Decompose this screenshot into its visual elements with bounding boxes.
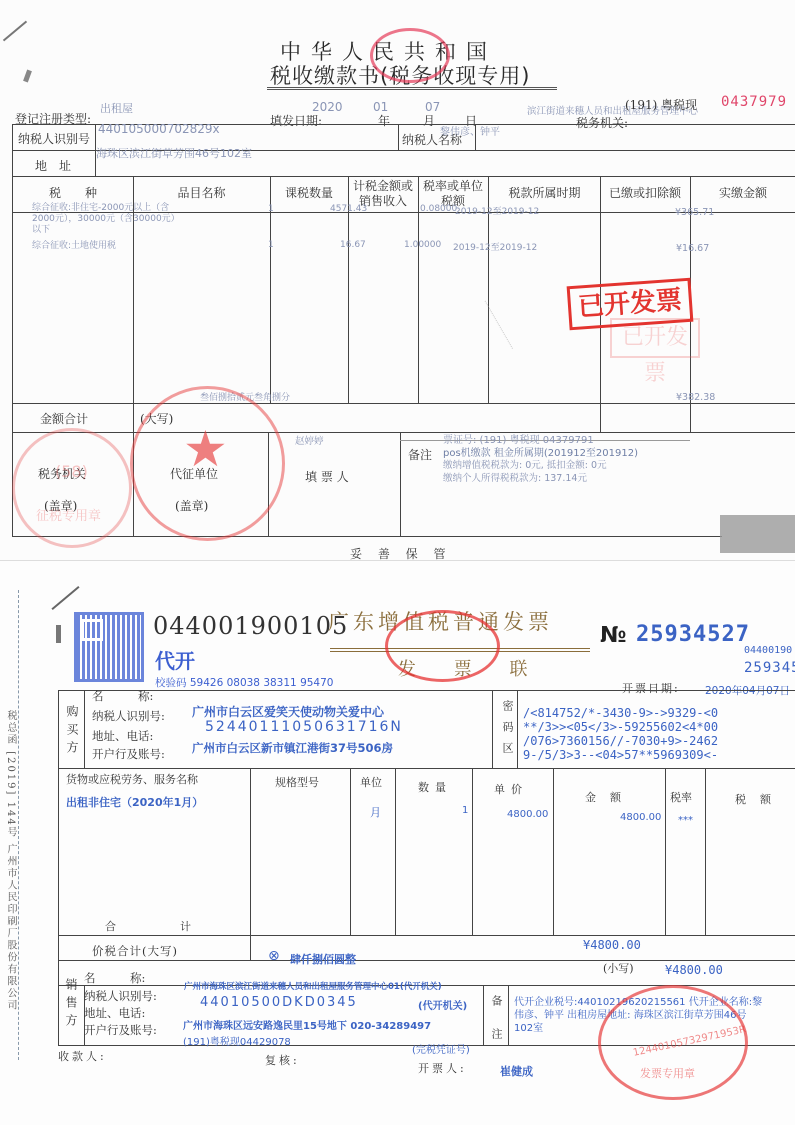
- buyer-name: 广州市白云区爱笑天使动物关爱中心: [192, 703, 384, 720]
- col-actual-paid: 实缴金额: [692, 186, 794, 201]
- row1-actual-paid: ¥365.71: [675, 207, 714, 218]
- national-invoice-seal: [385, 610, 500, 682]
- col-goods-name: 货物或应税劳务、服务名称: [66, 771, 198, 787]
- invoice-code: 044001900105: [153, 612, 348, 640]
- row1-quantity: 1: [268, 204, 274, 214]
- item-name: 出租非住宅（2020年1月）: [66, 794, 203, 810]
- password-area-label: 密码区: [499, 700, 515, 763]
- col-item-name: 品目名称: [134, 186, 269, 201]
- handwritten-signature: [485, 276, 556, 349]
- col-spec: 规格型号: [275, 774, 319, 790]
- check-code-label: 校验码: [155, 677, 187, 689]
- taxpayer-address: 海珠区滨江街草芳围46号102室: [96, 145, 252, 161]
- buyer-label: 购买方: [64, 705, 81, 759]
- seller-bank-suffix: (完税凭证号): [412, 1041, 470, 1056]
- fill-day: 07: [425, 100, 440, 114]
- row1-tax-type: 综合征收:非住宅-2000元以上（含2000元），30000元（含30000元）…: [32, 203, 182, 236]
- remarks-label: 备注: [408, 446, 432, 463]
- agent-seal-star-icon: ★: [183, 420, 228, 478]
- row1-period: 2019-12至2019-12: [455, 204, 539, 217]
- title-rule: [267, 87, 557, 90]
- col-unit-price: 单价: [494, 781, 528, 797]
- total-small-amount: ¥4800.00: [665, 963, 723, 977]
- seller-tax-id-label: 纳税人识别号:: [84, 988, 157, 1004]
- staple-mark: [3, 21, 27, 42]
- row2-period: 2019-12至2019-12: [453, 240, 537, 253]
- buyer-address-label: 地址、电话:: [92, 728, 153, 744]
- scan-artifact: [720, 515, 795, 553]
- item-tax-rate: ***: [678, 815, 693, 826]
- item-unit-price: 4800.00: [507, 809, 548, 820]
- password-line-1: /<814752/*-3430-9>->9329-<0: [523, 706, 718, 720]
- invoice-remarks-label: 备注: [488, 995, 504, 1061]
- amount-total-label: 金额合计: [40, 410, 88, 427]
- col-paid-deducted: 已缴或扣除额: [601, 186, 689, 201]
- staple-pin: [23, 70, 32, 83]
- filler-label: 填 票 人: [305, 468, 349, 485]
- tax-collection-seal-text: 征税专用章: [36, 505, 101, 524]
- remarks-line-3: 缴纳增值税税款为: 0元, 抵扣金额: 0元: [443, 457, 607, 471]
- total-in-words: 肆仟捌佰圆整: [290, 951, 356, 967]
- buyer-address: 广州市白云区新市镇江港街37号506房: [192, 740, 393, 756]
- item-quantity: 1: [462, 805, 468, 816]
- drawer-label: 开票人:: [418, 1060, 467, 1076]
- payee-label: 收款人:: [58, 1048, 107, 1064]
- fill-year: 2020: [312, 100, 343, 114]
- seller-address: 广州市海珠区远安路逸民里15号地下 020-34289497: [183, 1017, 431, 1032]
- total-amount: ¥382.38: [676, 392, 715, 403]
- side-invoice-code: 04400190: [744, 645, 792, 656]
- row2-taxable-amount: 16.67: [340, 240, 366, 250]
- serial-number: 0437979: [721, 94, 787, 110]
- buyer-tax-id: 52440111050631716N: [205, 719, 403, 735]
- row2-tax-type: 综合征收:土地使用税: [32, 238, 116, 251]
- taxpayer-name: 黎伟彦、钟平: [440, 123, 500, 138]
- fill-year-label: 年: [378, 112, 390, 129]
- check-code: 校验码 59426 08038 38311 95470: [155, 675, 333, 690]
- invoiced-stamp: 已开发票: [567, 278, 694, 331]
- col-amount: 金额: [585, 789, 635, 805]
- buyer-bank-label: 开户行及账号:: [92, 746, 165, 762]
- cross-circle-icon: ⊗: [268, 948, 280, 964]
- row2-quantity: 1: [268, 240, 274, 250]
- reviewer-label: 复核:: [265, 1052, 300, 1068]
- invoice-number: 25934527: [636, 622, 750, 647]
- fill-month: 01: [373, 100, 388, 114]
- taxpayer-id-label: 纳税人识别号: [18, 130, 90, 147]
- col-tax-type: 税 种: [14, 186, 132, 201]
- number-symbol: №: [600, 623, 626, 648]
- taxpayer-id: 440105000702829x: [98, 122, 220, 136]
- tax-collection-seal-number: (58): [55, 462, 88, 481]
- item-amount: 4800.00: [620, 812, 661, 823]
- side-invoice-number: 259345: [744, 660, 795, 676]
- seller-bank-label: 开户行及账号:: [84, 1022, 157, 1038]
- col-unit: 单位: [360, 774, 382, 790]
- qr-code: [74, 612, 144, 682]
- printer-note: 税总函 [2019] 144号 广州市人民印刷厂股份有限公司: [3, 710, 18, 1012]
- address-label: 地 址: [35, 157, 71, 174]
- total-small-label: (小写): [603, 960, 634, 976]
- invoice-seal-text: 发票专用章: [640, 1065, 695, 1081]
- registration-type-value: 出租屋: [100, 100, 133, 116]
- seller-name-label: 名 称:: [84, 970, 145, 986]
- row2-rate: 1.00000: [404, 240, 441, 250]
- col-tax-rate: 税率: [670, 789, 692, 805]
- buyer-name-label: 名 称:: [92, 688, 153, 704]
- fill-month-label: 月: [423, 112, 435, 129]
- agent-issued-label: 代开: [155, 645, 195, 674]
- password-line-2: **/3>><05</3>-59255602<4*00: [523, 720, 718, 734]
- filler-name: 赵婷婷: [295, 433, 324, 447]
- subtotal-label: 合 计: [105, 918, 205, 934]
- tax-collection-seal: [12, 428, 132, 548]
- subtotal-amount: ¥4800.00: [583, 938, 641, 952]
- drawer-name: 崔健成: [500, 1063, 533, 1079]
- perforation-strip: [18, 590, 19, 1060]
- seller-bank: (191)粤税现04429078: [183, 1033, 291, 1048]
- fill-date-label: 填发日期:: [270, 112, 322, 129]
- invoice-remarks-line-3: 102室: [514, 1019, 543, 1034]
- tax-office-oval-stamp: [370, 28, 450, 83]
- col-quantity: 课税数量: [271, 186, 347, 201]
- check-code-value: 59426 08038 38311 95470: [190, 677, 334, 689]
- seller-tax-id: 44010500DKD0345: [200, 995, 358, 1010]
- col-period: 税款所属时期: [490, 186, 599, 201]
- buyer-tax-id-label: 纳税人识别号:: [92, 708, 165, 724]
- password-line-3: /076>7360156//-7030+9>-2462: [523, 734, 718, 748]
- row1-taxable-amount: 4571.43: [330, 204, 367, 214]
- row1-rate: 0.08000: [420, 204, 457, 214]
- tax-payment-receipt: 中华人民共和国 税收缴款书(税务收现专用) 登记注册类型: 出租屋 填发日期: …: [0, 0, 795, 560]
- seller-name: 广州市海珠区滨江街道来穗人员和出租屋服务管理中心01(代开机关): [184, 980, 442, 992]
- seller-address-label: 地址、电话:: [84, 1005, 145, 1021]
- password-line-4: 9-/5/3>3--<04>57**5969309<-: [523, 748, 718, 762]
- tax-office-label: 税务机关:: [576, 114, 628, 131]
- col-quantity: 数量: [418, 779, 452, 795]
- col-tax: 税额: [735, 791, 785, 807]
- total-label: 价税合计(大写): [92, 943, 178, 959]
- seller-tax-id-suffix: (代开机关): [418, 997, 467, 1012]
- serial-prefix: (191) 粤税现: [625, 96, 697, 113]
- seller-label: 销售方: [63, 978, 80, 1032]
- issue-date-label: 开票日期:: [622, 680, 680, 696]
- remarks-line-4: 缴纳个人所得税税款为: 137.14元: [443, 470, 587, 484]
- item-unit: 月: [370, 804, 381, 820]
- staple-pin: [56, 625, 61, 643]
- row2-actual-paid: ¥16.67: [676, 243, 709, 254]
